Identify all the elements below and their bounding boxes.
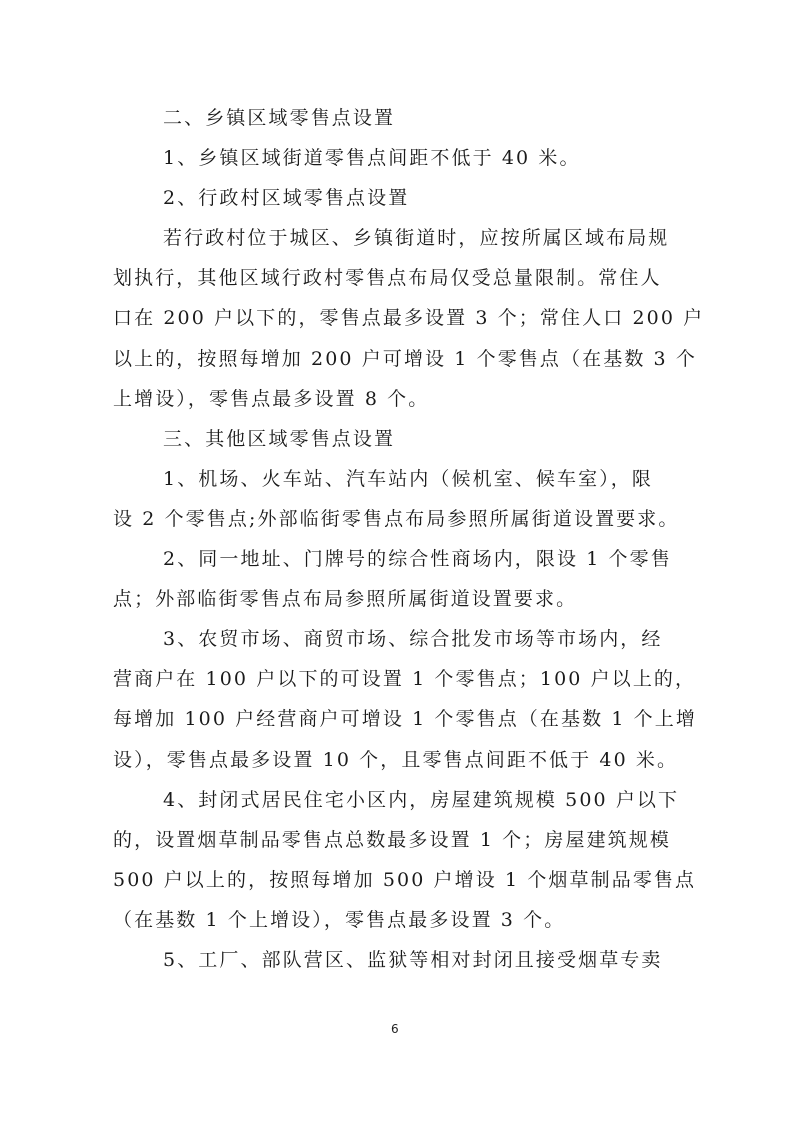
page-number: 6 — [391, 1022, 399, 1036]
paragraph-line: 的，设置烟草制品零售点总数最多设置 1 个；房屋建筑规模 — [113, 826, 685, 866]
paragraph-line: 每增加 100 户经营商户可增设 1 个零售点（在基数 1 个上增 — [113, 705, 685, 745]
paragraph-line: 划执行，其他区域行政村零售点布局仅受总量限制。常住人 — [113, 264, 685, 304]
paragraph-line: 若行政村位于城区、乡镇街道时，应按所属区域布局规 — [113, 224, 685, 264]
paragraph-line: 2、同一地址、门牌号的综合性商场内，限设 1 个零售 — [113, 545, 685, 585]
paragraph-line: 口在 200 户以下的，零售点最多设置 3 个；常住人口 200 户 — [113, 304, 685, 344]
paragraph-line: 500 户以上的，按照每增加 500 户增设 1 个烟草制品零售点 — [113, 866, 685, 906]
paragraph-line: 设 2 个零售点;外部临街零售点布局参照所属街道设置要求。 — [113, 505, 685, 545]
paragraph-line: 4、封闭式居民住宅小区内，房屋建筑规模 500 户以下 — [113, 786, 685, 826]
section-heading-other-areas: 三、其他区域零售点设置 — [113, 425, 685, 465]
paragraph-line: 营商户在 100 户以下的可设置 1 个零售点；100 户以上的， — [113, 665, 685, 705]
paragraph-line: 上增设），零售点最多设置 8 个。 — [113, 385, 685, 425]
paragraph-line: 点；外部临街零售点布局参照所属街道设置要求。 — [113, 585, 685, 625]
paragraph-line: 3、农贸市场、商贸市场、综合批发市场等市场内，经 — [113, 625, 685, 665]
document-page: 二、乡镇区域零售点设置 1、乡镇区域街道零售点间距不低于 40 米。 2、行政村… — [0, 0, 793, 1122]
paragraph-line: 1、机场、火车站、汽车站内（候机室、候车室），限 — [113, 465, 685, 505]
paragraph-line: 以上的，按照每增加 200 户可增设 1 个零售点（在基数 3 个 — [113, 345, 685, 385]
subsection-heading-village: 2、行政村区域零售点设置 — [113, 184, 685, 224]
section-heading-township: 二、乡镇区域零售点设置 — [113, 104, 685, 144]
paragraph-line: 1、乡镇区域街道零售点间距不低于 40 米。 — [113, 144, 685, 184]
paragraph-line: （在基数 1 个上增设），零售点最多设置 3 个。 — [113, 906, 685, 946]
paragraph-line: 设），零售点最多设置 10 个，且零售点间距不低于 40 米。 — [113, 746, 685, 786]
document-body: 二、乡镇区域零售点设置 1、乡镇区域街道零售点间距不低于 40 米。 2、行政村… — [113, 104, 685, 986]
paragraph-line: 5、工厂、部队营区、监狱等相对封闭且接受烟草专卖 — [113, 946, 685, 986]
